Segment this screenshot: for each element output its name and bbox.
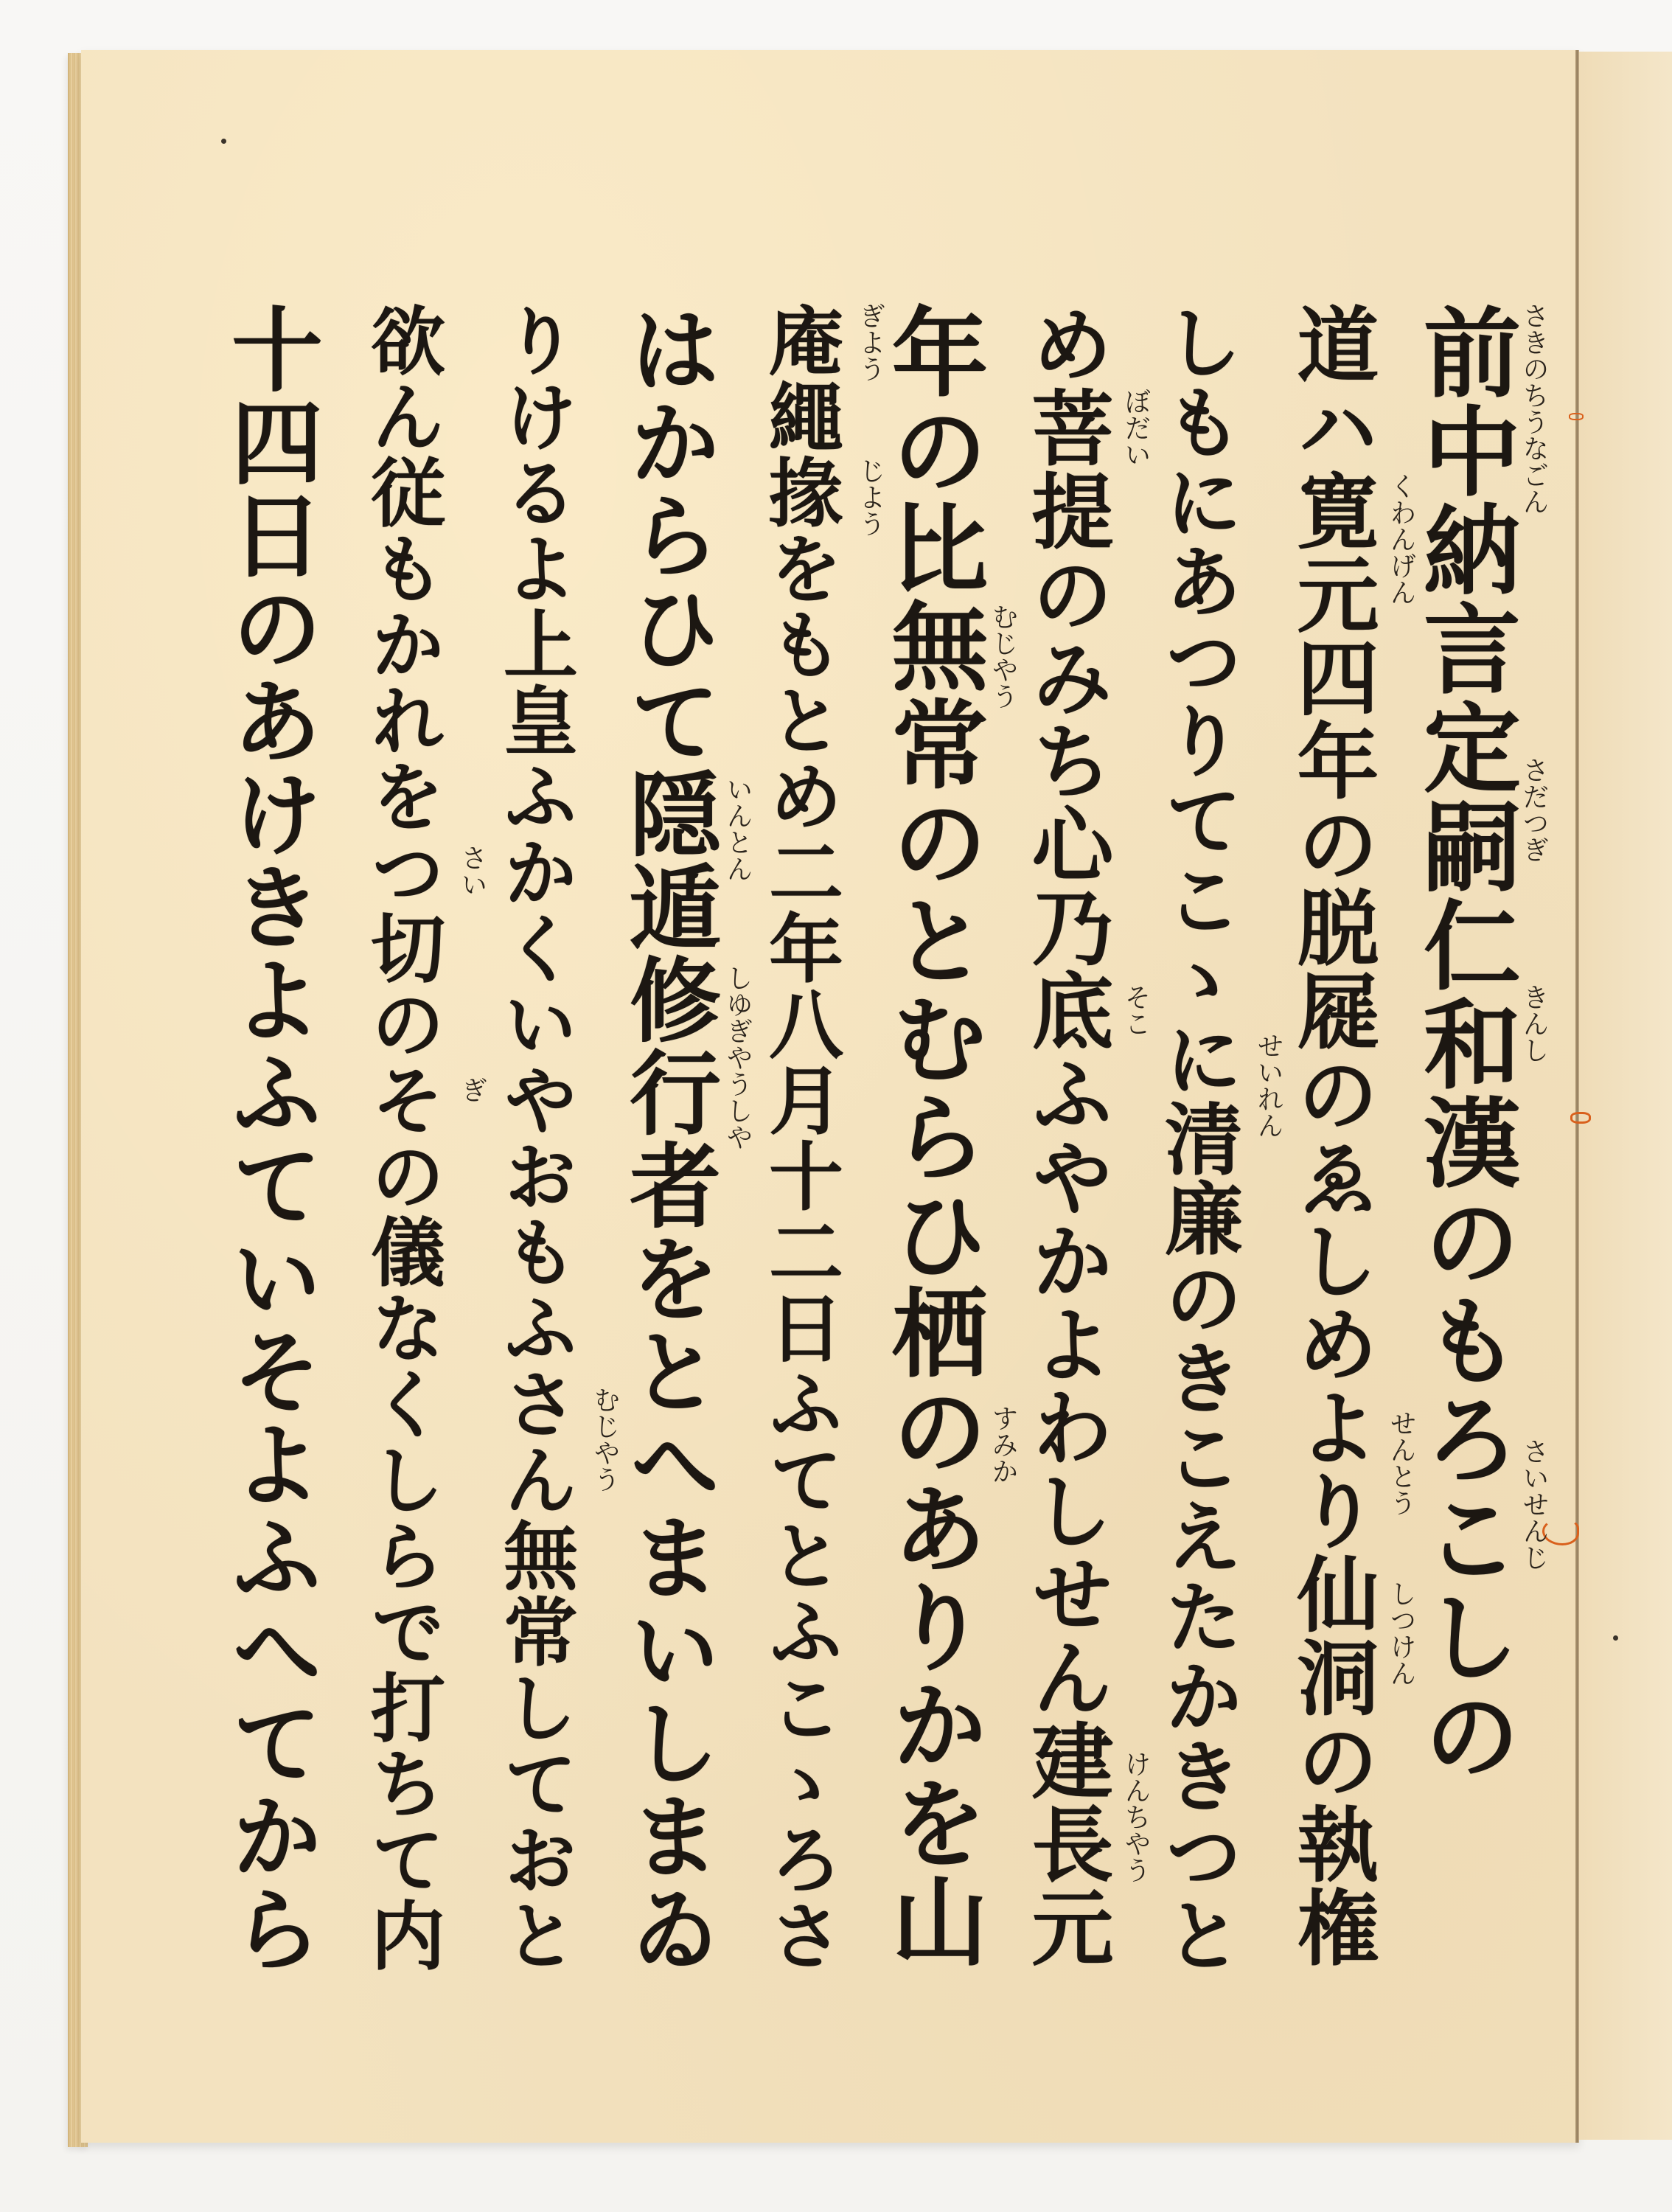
column-text: 年の比無常のとむらひ栖のありかを山 — [877, 302, 988, 1969]
furigana-column: さきのちうなごんさだつぎきんしさいせんじ — [1519, 302, 1553, 2006]
column-text: 前中納言定嗣仁和漢のもろこしの — [1408, 302, 1519, 1784]
text-column: 年の比無常のとむらひ栖のありかを山むじやうすみか — [877, 302, 988, 2006]
furigana-reading: きんし — [1519, 984, 1548, 1063]
furigana-reading: くわんげん — [1386, 473, 1415, 605]
furigana-reading: そこ — [1121, 984, 1150, 1037]
text-column: りけるよ上皇ふかくいやおもふさん無常しておとむじやう — [479, 302, 590, 2006]
furigana-reading: じよう — [855, 457, 885, 537]
furigana-reading: しゆぎやうしや — [722, 964, 752, 1150]
furigana-reading: ぎよう — [855, 302, 885, 382]
text-column: 欲ん従もかれをつ切のその儀なくしらで打ちて内さいぎ — [346, 302, 457, 2006]
text-column: 十四日のあけきよふていそよふへてから — [214, 302, 324, 2006]
furigana-column: むじやうすみか — [988, 302, 1022, 2006]
calligraphy-text-block: 前中納言定嗣仁和漢のもろこしのさきのちうなごんさだつぎきんしさいせんじ 道ハ寛元… — [214, 302, 1519, 2006]
text-column: 庵繩掾をもとめ二年八月十二日ふてとふこゝろさぎようじよう — [745, 302, 855, 2006]
facing-page — [1579, 52, 1672, 2140]
furigana-column: せいれん — [1253, 302, 1287, 2006]
furigana-reading: せいれん — [1253, 1032, 1283, 1138]
furigana-reading: すみか — [988, 1405, 1017, 1484]
furigana-reading: しつけん — [1386, 1580, 1415, 1686]
furigana-column: ぼだいそこけんちやう — [1121, 302, 1154, 2006]
furigana-reading: けんちやう — [1121, 1750, 1150, 1883]
column-text: はからひて隠遁修行者をとへまいしまゐ — [612, 302, 722, 1975]
binding-thread-icon — [1569, 413, 1584, 420]
ink-spot — [221, 139, 226, 144]
text-column: 前中納言定嗣仁和漢のもろこしのさきのちうなごんさだつぎきんしさいせんじ — [1408, 302, 1519, 2006]
furigana-column: ぎようじよう — [855, 302, 889, 2006]
furigana-reading: さい — [457, 844, 487, 897]
furigana-reading: せんとう — [1386, 1410, 1415, 1516]
furigana-column — [324, 302, 358, 2006]
column-text: 欲ん従もかれをつ切のその儀なくしらで打ちて内 — [346, 302, 457, 1973]
column-text: め菩提のみち心乃底ふやかよわしせん建長元 — [1010, 302, 1121, 1969]
column-text: しもにあつりてこゝに清廉のきこえたかきつと — [1143, 302, 1253, 1975]
column-text: 十四日のあけきよふていそよふへてから — [214, 302, 324, 1975]
furigana-reading: むじやう — [590, 1386, 619, 1492]
furigana-column: さいぎ — [457, 302, 491, 2006]
furigana-column: むじやう — [590, 302, 624, 2006]
text-column: しもにあつりてこゝに清廉のきこえたかきつとせいれん — [1143, 302, 1253, 2006]
furigana-reading: いんとん — [722, 776, 752, 882]
furigana-reading: ぼだい — [1121, 388, 1150, 467]
binding-thread-icon — [1570, 1112, 1591, 1124]
furigana-column: いんとんしゆぎやうしや — [722, 302, 756, 2006]
column-text: 庵繩掾をもとめ二年八月十二日ふてとふこゝろさ — [745, 302, 855, 1973]
column-text: りけるよ上皇ふかくいやおもふさん無常しておと — [479, 302, 590, 1973]
furigana-column: くわんげんせんとうしつけん — [1386, 302, 1420, 2006]
furigana-reading: ぎ — [457, 1077, 487, 1103]
column-text: 道ハ寛元四年の脱屣のゑしめより仙洞の執権 — [1275, 302, 1386, 1969]
furigana-reading: さきのちうなごん — [1519, 302, 1548, 515]
text-column: め菩提のみち心乃底ふやかよわしせん建長元ぼだいそこけんちやう — [1010, 302, 1121, 2006]
binding-gutter — [1575, 50, 1579, 2143]
furigana-reading: さだつぎ — [1519, 757, 1548, 863]
ink-spot — [1613, 1635, 1618, 1641]
furigana-reading: むじやう — [988, 603, 1017, 709]
text-column: 道ハ寛元四年の脱屣のゑしめより仙洞の執権くわんげんせんとうしつけん — [1275, 302, 1386, 2006]
furigana-reading: さいせんじ — [1519, 1438, 1548, 1571]
text-column: はからひて隠遁修行者をとへまいしまゐいんとんしゆぎやうしや — [612, 302, 722, 2006]
